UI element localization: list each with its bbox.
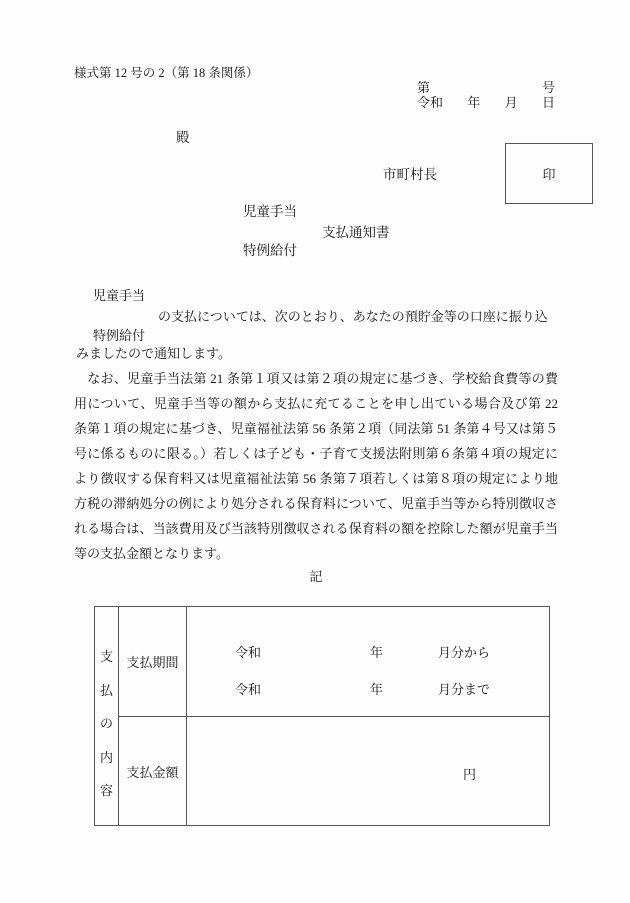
payment-notice-document: 様式第 12 号の 2（第 18 条関係） 第 号 令和 年 月 日 殿 市町村… (0, 0, 630, 903)
date-era: 令和 (417, 95, 443, 110)
note-paragraph: なお、児童手当法第 21 条第１項又は第２項の規定に基づき、学校給食費等の費用に… (74, 366, 558, 566)
period-from-era: 令和 (235, 642, 261, 661)
period-to-era: 令和 (235, 679, 261, 698)
date-line: 令和 年 月 日 (417, 95, 555, 110)
period-from-month-suffix: 月分から (438, 642, 490, 661)
seal-box: 印 (505, 143, 593, 204)
payment-amount-label: 支払金額 (126, 762, 178, 781)
intro-line-end: みましたので通知します。 (76, 346, 231, 361)
intro-choice-bottom: 特例給付 (93, 328, 145, 343)
period-to-year-suffix: 年 (370, 679, 383, 698)
title-allowance-bottom: 特例給付 (243, 243, 297, 258)
side-label-char: 内 (100, 747, 113, 766)
table-row-labels: 支払期間 支払金額 (119, 607, 187, 825)
side-label-char: 容 (100, 780, 113, 799)
date-year-suffix: 年 (467, 95, 480, 110)
amount-unit: 円 (463, 764, 476, 783)
period-from-year-suffix: 年 (370, 642, 383, 661)
date-day-suffix: 日 (542, 95, 555, 110)
side-label-char: 払 (100, 680, 113, 699)
title-main: 支払通知書 (322, 225, 390, 240)
intro-choice-top: 児童手当 (93, 288, 145, 303)
side-label-char: 支 (100, 646, 113, 665)
record-marker: 記 (74, 566, 558, 585)
document-number-line: 第 号 (417, 80, 555, 95)
payment-amount-label-cell: 支払金額 (119, 717, 186, 825)
document-number-prefix: 第 (417, 80, 430, 95)
payment-amount-value-cell: 円 (187, 717, 549, 825)
table-side-label: 支 払 の 内 容 (95, 607, 119, 825)
payment-period-label: 支払期間 (126, 652, 178, 671)
issuer-title: 市町村長 (383, 167, 437, 182)
payment-period-label-cell: 支払期間 (119, 607, 186, 717)
document-number-suffix: 号 (542, 80, 555, 95)
payment-period-value-cell: 令和 年 月分から 令和 年 月分まで (187, 607, 549, 717)
title-allowance-top: 児童手当 (243, 204, 297, 219)
payment-details-table: 支 払 の 内 容 支払期間 支払金額 令和 年 月分から 令和 年 月分まで (94, 606, 550, 826)
table-values: 令和 年 月分から 令和 年 月分まで 円 (187, 607, 549, 825)
side-label-char: の (100, 713, 113, 732)
seal-label: 印 (542, 164, 555, 183)
period-to-month-suffix: 月分まで (438, 679, 490, 698)
addressee-honorific: 殿 (176, 130, 190, 145)
form-reference: 様式第 12 号の 2（第 18 条関係） (74, 66, 258, 81)
date-month-suffix: 月 (505, 95, 518, 110)
intro-line-mid: の支払については、次のとおり、あなたの預貯金等の口座に振り込 (158, 309, 548, 324)
